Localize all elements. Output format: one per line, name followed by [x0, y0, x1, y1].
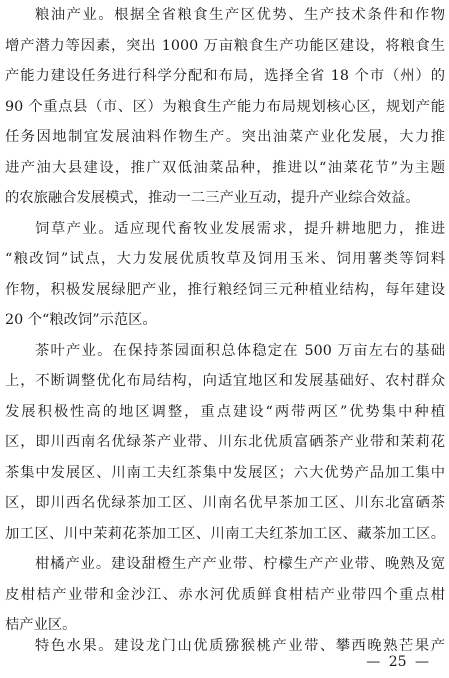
- text-line: 桔产业区。: [5, 615, 445, 635]
- text-line: 上，不断调整优化布局结构，向适宜地区和发展基础好、农村群众: [5, 371, 445, 391]
- text-line: 20 个“粮改饲”示范区。: [5, 310, 445, 330]
- paragraph-first-line: 饲草产业。适应现代畜牧业发展需求，提升耕地肥力，推进: [5, 219, 445, 239]
- text-line: 任务因地制宜发展油料作物生产。突出油菜产业化发展，大力推: [5, 127, 445, 147]
- text-line: 茶集中发展区、川南工夫红茶集中发展区；六大优势产品加工集中: [5, 463, 445, 483]
- paragraph-first-line: 茶叶产业。在保持茶园面积总体稳定在 500 万亩左右的基础: [5, 341, 445, 361]
- text-line: 发展积极性高的地区调整，重点建设“两带两区”优势集中种植: [5, 402, 445, 422]
- text-line: 作物，积极发展绿肥产业，推行粮经饲三元种植业结构，每年建设: [5, 280, 445, 300]
- text-line: 90 个重点县（市、区）为粮食生产能力布局规划核心区，规划产能: [5, 97, 445, 117]
- paragraph-first-line: 粮油产业。根据全省粮食生产区优势、生产技术条件和作物: [5, 5, 445, 25]
- text-line: 区，即川西南名优绿茶产业带、川东北优质富硒茶产业带和茉莉花: [5, 432, 445, 452]
- text-line: 区，即川西名优绿茶加工区、川南名优早茶加工区、川东北富硒茶: [5, 493, 445, 513]
- text-line: 进产油大县建设，推广双低油菜品种，推进以“油菜花节”为主题: [5, 158, 445, 178]
- text-line: 增产潜力等因素，突出 1000 万亩粮食生产功能区建设，将粮食生: [5, 36, 445, 56]
- text-line: 加工区、川中茉莉花茶加工区、川南工夫红茶加工区、藏茶加工区。: [5, 524, 445, 544]
- paragraph-first-line: 柑橘产业。建设甜橙生产产业带、柠檬生产产业带、晚熟及宽: [5, 554, 445, 574]
- text-line: 皮柑桔产业带和金沙江、赤水河优质鲜食柑桔产业带四个重点柑: [5, 585, 445, 605]
- text-line: 的农旅融合发展模式，推动一二三产业互动，提升产业综合效益。: [5, 188, 445, 208]
- text-line: 产能力建设任务进行科学分配和布局，选择全省 18 个市（州）的: [5, 66, 445, 86]
- text-line: “粮改饲”试点，大力发展优质牧草及饲用玉米、饲用薯类等饲料: [5, 249, 445, 269]
- page-number: — 25 —: [366, 652, 429, 672]
